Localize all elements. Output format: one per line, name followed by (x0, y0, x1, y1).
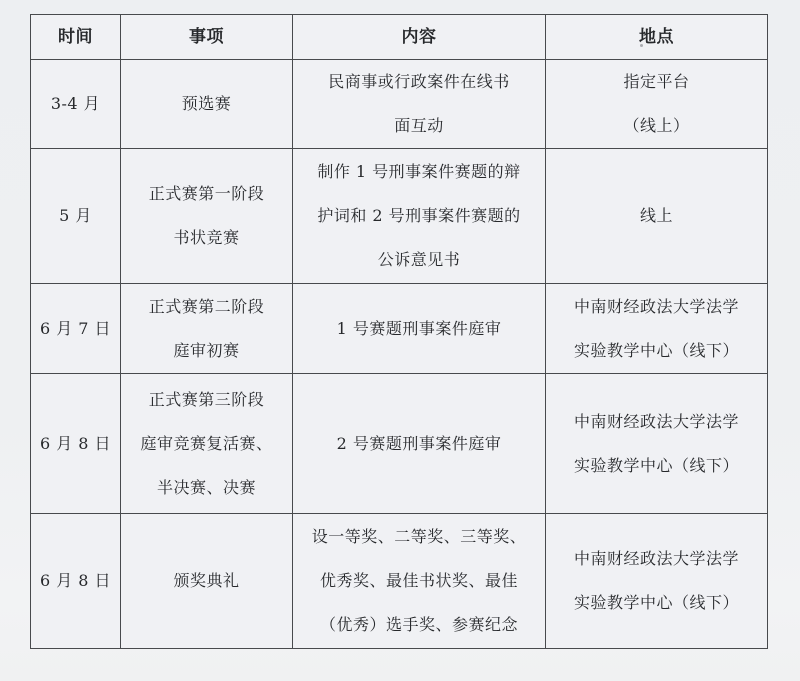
cell-time: 6 月 8 日 (31, 374, 121, 514)
cell-content: 设一等奖、二等奖、三等奖、 优秀奖、最佳书状奖、最佳 （优秀）选手奖、参赛纪念 (293, 514, 546, 649)
cell-content: 制作 1 号刑事案件赛题的辩 护词和 2 号刑事案件赛题的 公诉意见书 (293, 149, 546, 284)
cell-location: 中南财经政法大学法学 实验教学中心（线下） (546, 514, 768, 649)
cell-time: 6 月 7 日 (31, 284, 121, 374)
table-row: 时间 事项 内容 地点 (31, 15, 768, 60)
table-row: 6 月 8 日 颁奖典礼 设一等奖、二等奖、三等奖、 优秀奖、最佳书状奖、最佳 … (31, 514, 768, 649)
table-body: 3-4 月 预选赛 民商事或行政案件在线书 面互动 指定平台 （线上） 5 月 … (31, 60, 768, 649)
scan-speck (640, 44, 643, 47)
cell-content: 2 号赛题刑事案件庭审 (293, 374, 546, 514)
cell-location: 中南财经政法大学法学 实验教学中心（线下） (546, 374, 768, 514)
table-row: 3-4 月 预选赛 民商事或行政案件在线书 面互动 指定平台 （线上） (31, 60, 768, 149)
cell-location: 指定平台 （线上） (546, 60, 768, 149)
cell-location: 中南财经政法大学法学 实验教学中心（线下） (546, 284, 768, 374)
cell-item: 正式赛第三阶段 庭审竞赛复活赛、 半决赛、决赛 (121, 374, 293, 514)
cell-time: 5 月 (31, 149, 121, 284)
col-header-item: 事项 (121, 15, 293, 60)
cell-item: 正式赛第一阶段 书状竞赛 (121, 149, 293, 284)
cell-item: 预选赛 (121, 60, 293, 149)
scanned-page: 时间 事项 内容 地点 3-4 月 预选赛 民商事或行政案件在线书 面互动 指定… (0, 0, 800, 681)
table-row: 6 月 7 日 正式赛第二阶段 庭审初赛 1 号赛题刑事案件庭审 中南财经政法大… (31, 284, 768, 374)
col-header-content: 内容 (293, 15, 546, 60)
col-header-time: 时间 (31, 15, 121, 60)
cell-time: 6 月 8 日 (31, 514, 121, 649)
cell-content: 1 号赛题刑事案件庭审 (293, 284, 546, 374)
cell-time: 3-4 月 (31, 60, 121, 149)
schedule-table: 时间 事项 内容 地点 3-4 月 预选赛 民商事或行政案件在线书 面互动 指定… (30, 14, 768, 649)
cell-location: 线上 (546, 149, 768, 284)
cell-content: 民商事或行政案件在线书 面互动 (293, 60, 546, 149)
cell-item: 颁奖典礼 (121, 514, 293, 649)
table-header-row: 时间 事项 内容 地点 (31, 15, 768, 60)
table-row: 6 月 8 日 正式赛第三阶段 庭审竞赛复活赛、 半决赛、决赛 2 号赛题刑事案… (31, 374, 768, 514)
cell-item: 正式赛第二阶段 庭审初赛 (121, 284, 293, 374)
col-header-location: 地点 (546, 15, 768, 60)
table-row: 5 月 正式赛第一阶段 书状竞赛 制作 1 号刑事案件赛题的辩 护词和 2 号刑… (31, 149, 768, 284)
